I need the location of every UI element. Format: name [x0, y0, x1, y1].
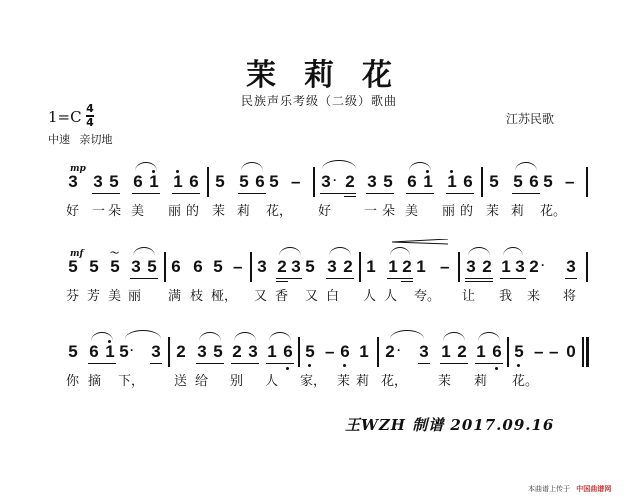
barline: [586, 252, 588, 282]
lyric: 好: [318, 200, 331, 219]
time-signature: 4 4: [86, 104, 94, 128]
slur: [269, 332, 291, 341]
watermark-text: 本曲谱上传于: [528, 485, 570, 493]
eighth-beam: [366, 193, 394, 194]
lyric: 茉: [337, 370, 350, 389]
lyric: 又: [305, 285, 318, 304]
note: 3: [565, 257, 577, 277]
note: 2: [344, 172, 356, 192]
score-row-3: 5 6 1 5 · 3 2 3 5 2 3 1 6 5 – 6 1 2 · 3 …: [0, 320, 638, 390]
note: 1: [415, 257, 427, 277]
note: 2: [384, 342, 396, 362]
slur: [468, 247, 490, 256]
sixteenth-beam: [465, 281, 493, 282]
note: 5: [212, 257, 224, 277]
note: 6: [88, 342, 100, 362]
lyric: 你: [66, 370, 79, 389]
mordent-icon: ～: [110, 243, 119, 263]
high-octave-dot: [450, 170, 453, 173]
note: 3: [130, 257, 142, 277]
sixteenth-beam: [276, 281, 288, 282]
note: 2: [456, 342, 468, 362]
note: 6: [528, 172, 540, 192]
barline: [298, 337, 300, 367]
lyric: 夸。: [414, 285, 440, 304]
lyric: 好: [66, 200, 79, 219]
note: 5: [118, 342, 130, 362]
note: 5: [542, 172, 554, 192]
lyric: 莉: [511, 200, 524, 219]
note: 3: [514, 257, 526, 277]
tempo-speed: 中速: [48, 133, 70, 146]
eighth-beam: [172, 193, 200, 194]
song-title: 茉莉花: [0, 50, 638, 94]
sustain-dash: –: [549, 342, 558, 362]
barline: [168, 337, 170, 367]
lyric: 的: [460, 200, 473, 219]
slur: [515, 162, 537, 171]
note: 5: [67, 257, 79, 277]
eighth-beam: [440, 363, 468, 364]
eighth-beam: [132, 193, 160, 194]
eighth-beam: [500, 278, 526, 279]
note: 1: [358, 342, 370, 362]
lyric: 下，: [118, 370, 144, 389]
sustain-dash: –: [291, 172, 300, 192]
final-barline-thick: [586, 337, 589, 367]
tempo-expression: 亲切地: [80, 133, 113, 146]
eighth-beam: [231, 363, 259, 364]
lyric: 又: [254, 285, 267, 304]
note: 6: [254, 172, 266, 192]
note: 2: [342, 257, 354, 277]
lyric: 来: [527, 285, 540, 304]
eighth-beam: [475, 363, 503, 364]
eighth-beam: [446, 193, 474, 194]
slur: [135, 162, 157, 171]
barline: [164, 252, 166, 282]
slur: [409, 162, 431, 171]
lyric: 将: [563, 285, 576, 304]
note: 5: [214, 172, 226, 192]
score-row-2: mf 5 5 5 ～ 3 5 6 6 5 – 3 2 3 5 3 2 1 1 2…: [0, 235, 638, 305]
note: 5: [513, 342, 525, 362]
lyric: 美: [405, 200, 418, 219]
note: 2: [401, 257, 413, 277]
note: 6: [406, 172, 418, 192]
lyric: 枝: [190, 285, 203, 304]
slur: [329, 247, 351, 256]
barline: [481, 167, 483, 197]
note: 1: [475, 342, 487, 362]
song-origin: 江苏民歌: [506, 110, 554, 127]
lyric: 花，: [381, 370, 407, 389]
eighth-beam: [92, 193, 120, 194]
crescendo-icon: [392, 239, 448, 247]
slur: [390, 247, 410, 256]
eighth-beam: [387, 278, 413, 279]
eighth-beam: [276, 278, 302, 279]
score-row-1: mp 3 3 5 6 1 1 6 5 5 6 5 – 3 · 2 3 5 6 1…: [0, 150, 638, 220]
lyric: 家，: [300, 370, 326, 389]
note: 1: [104, 342, 116, 362]
lyric: 茉: [438, 370, 451, 389]
note: 6: [132, 172, 144, 192]
eighth-beam: [150, 363, 162, 364]
note: 5: [238, 172, 250, 192]
dot: ·: [541, 255, 545, 275]
note: 3: [92, 172, 104, 192]
note: 6: [282, 342, 294, 362]
song-subtitle: 民族声乐考级（二级）歌曲: [0, 92, 638, 109]
note: 1: [148, 172, 160, 192]
note: 2: [175, 342, 187, 362]
transcriber-credit: 王WZH 制谱 2017.09.16: [345, 414, 554, 435]
note: 3: [196, 342, 208, 362]
key-signature: 1=C: [48, 108, 82, 126]
barline: [313, 167, 315, 197]
sixteenth-beam: [344, 196, 356, 197]
lyric: 莉: [237, 200, 250, 219]
note: 6: [462, 172, 474, 192]
dot: ·: [397, 340, 401, 360]
note: 5: [88, 257, 100, 277]
lyric: 茉: [486, 200, 499, 219]
note: 5: [67, 342, 79, 362]
eighth-beam: [418, 363, 430, 364]
watermark-brand: 中国曲谱网: [576, 485, 611, 493]
eighth-beam: [196, 363, 224, 364]
lyric: 桠，: [211, 285, 237, 304]
barline: [207, 167, 209, 197]
lyric: 人: [265, 370, 278, 389]
barline: [507, 337, 509, 367]
low-octave-dot: [343, 364, 346, 367]
note: 6: [192, 257, 204, 277]
eighth-beam: [238, 193, 266, 194]
lyric: 芳: [87, 285, 100, 304]
eighth-beam: [88, 363, 116, 364]
lyric: 美: [108, 285, 121, 304]
note: 2: [528, 257, 540, 277]
note: 3: [150, 342, 162, 362]
lyric: 丽: [442, 200, 455, 219]
slur: [125, 330, 161, 339]
slur: [279, 247, 301, 256]
final-barline: [582, 337, 584, 367]
note: 1: [387, 257, 399, 277]
low-octave-dot: [308, 364, 311, 367]
note: 3: [256, 257, 268, 277]
note: 6: [339, 342, 351, 362]
eighth-beam: [565, 278, 577, 279]
slur: [443, 332, 465, 341]
lyric: 一: [92, 200, 105, 219]
tempo-marking: 中速 亲切地: [48, 131, 119, 147]
note: 5: [488, 172, 500, 192]
note: 3: [465, 257, 477, 277]
note: 3: [418, 342, 430, 362]
note: 2: [276, 257, 288, 277]
note: 1: [500, 257, 512, 277]
note: 6: [170, 257, 182, 277]
low-octave-dot: [286, 367, 289, 370]
lyric: 让: [462, 285, 475, 304]
slur: [390, 330, 424, 339]
note: 6: [491, 342, 503, 362]
lyric: 人: [363, 285, 376, 304]
eighth-beam: [320, 193, 356, 194]
eighth-beam: [266, 363, 294, 364]
note: 6: [188, 172, 200, 192]
note: 3: [320, 172, 332, 192]
note: 1: [440, 342, 452, 362]
lyric: 美: [131, 200, 144, 219]
note: 5: [146, 257, 158, 277]
note: 1: [446, 172, 458, 192]
lyric: 莉: [474, 370, 487, 389]
slur: [133, 247, 155, 256]
slur: [503, 247, 523, 256]
barline: [359, 252, 361, 282]
slur: [478, 332, 500, 341]
note: 1: [266, 342, 278, 362]
sustain-dash: –: [233, 257, 242, 277]
low-octave-dot: [517, 364, 520, 367]
lyric: 花。: [540, 200, 566, 219]
lyric: 满: [168, 285, 181, 304]
eighth-beam: [406, 193, 434, 194]
lyric: 的: [186, 200, 199, 219]
sustain-dash: –: [534, 342, 543, 362]
lyric: 香: [275, 285, 288, 304]
sustain-dash: –: [440, 257, 449, 277]
note: 3: [67, 172, 79, 192]
lyric: 我: [499, 285, 512, 304]
high-octave-dot: [176, 170, 179, 173]
sustain-dash: –: [325, 342, 334, 362]
note: 5: [304, 257, 316, 277]
lyric: 白: [326, 285, 339, 304]
lyric: 一: [364, 200, 377, 219]
note: 3: [247, 342, 259, 362]
time-signature-top: 4: [86, 104, 94, 114]
barline: [586, 167, 588, 197]
time-signature-bottom: 4: [86, 118, 94, 128]
lyric: 莉: [356, 370, 369, 389]
sustain-dash: –: [565, 172, 574, 192]
barline: [377, 337, 379, 367]
slur: [234, 332, 256, 341]
lyric: 摘: [88, 370, 101, 389]
sixteenth-beam: [401, 281, 413, 282]
note: 3: [326, 257, 338, 277]
note: 5: [304, 342, 316, 362]
note: 5: [382, 172, 394, 192]
eighth-beam: [465, 278, 493, 279]
lyric: 别: [230, 370, 243, 389]
note: 5: [108, 172, 120, 192]
note: 3: [290, 257, 302, 277]
note: 5: [512, 172, 524, 192]
eighth-beam: [512, 193, 540, 194]
lyric: 送: [174, 370, 187, 389]
lyric: 花。: [512, 370, 538, 389]
low-octave-dot: [495, 367, 498, 370]
slur: [241, 162, 263, 171]
dot: ·: [333, 170, 337, 190]
barline: [458, 252, 460, 282]
slur: [199, 332, 221, 341]
note: 2: [231, 342, 243, 362]
note: 1: [365, 257, 377, 277]
watermark: 本曲谱上传于 中国曲谱网: [528, 484, 611, 494]
lyric: 人: [384, 285, 397, 304]
eighth-beam: [130, 278, 158, 279]
lyric: 朵: [382, 200, 395, 219]
barline: [250, 252, 252, 282]
lyric: 给: [195, 370, 208, 389]
lyric: 茉: [212, 200, 225, 219]
lyric: 芬: [66, 285, 79, 304]
lyric: 花，: [266, 200, 292, 219]
note: 5: [212, 342, 224, 362]
lyric: 丽: [168, 200, 181, 219]
dot: ·: [130, 340, 134, 360]
lyric: 丽: [128, 285, 141, 304]
eighth-beam: [326, 278, 354, 279]
slur: [91, 332, 113, 341]
slur: [322, 160, 356, 169]
note: 5: [268, 172, 280, 192]
note: 2: [481, 257, 493, 277]
note: 0: [565, 342, 577, 362]
note: 1: [172, 172, 184, 192]
note: 3: [366, 172, 378, 192]
note: 1: [422, 172, 434, 192]
lyric: 朵: [108, 200, 121, 219]
